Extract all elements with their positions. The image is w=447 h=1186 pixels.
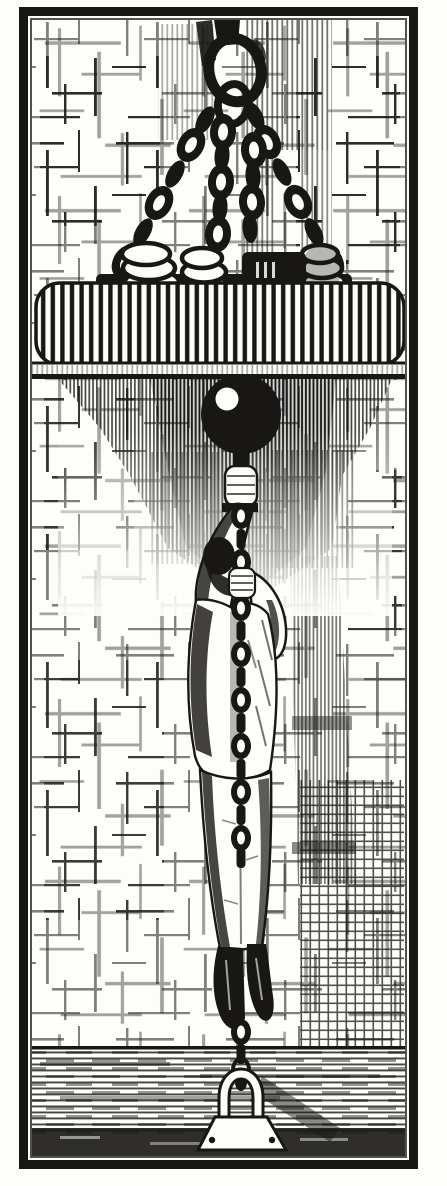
magnet-drum <box>36 283 404 365</box>
engraving-canvas: Vintage black-and-white engraving: a man… <box>0 0 447 1186</box>
lower-right-hatch <box>300 780 404 1048</box>
magnet-rim <box>29 363 415 379</box>
man-hand-on-chain <box>229 568 255 598</box>
anchor-bolt-left <box>209 1137 215 1143</box>
magnet-ribs <box>36 283 404 365</box>
anchor-bolt-right <box>269 1137 275 1143</box>
ball-highlight <box>216 388 239 411</box>
engraving-illustration: Vintage black-and-white engraving: a man… <box>0 0 447 1186</box>
